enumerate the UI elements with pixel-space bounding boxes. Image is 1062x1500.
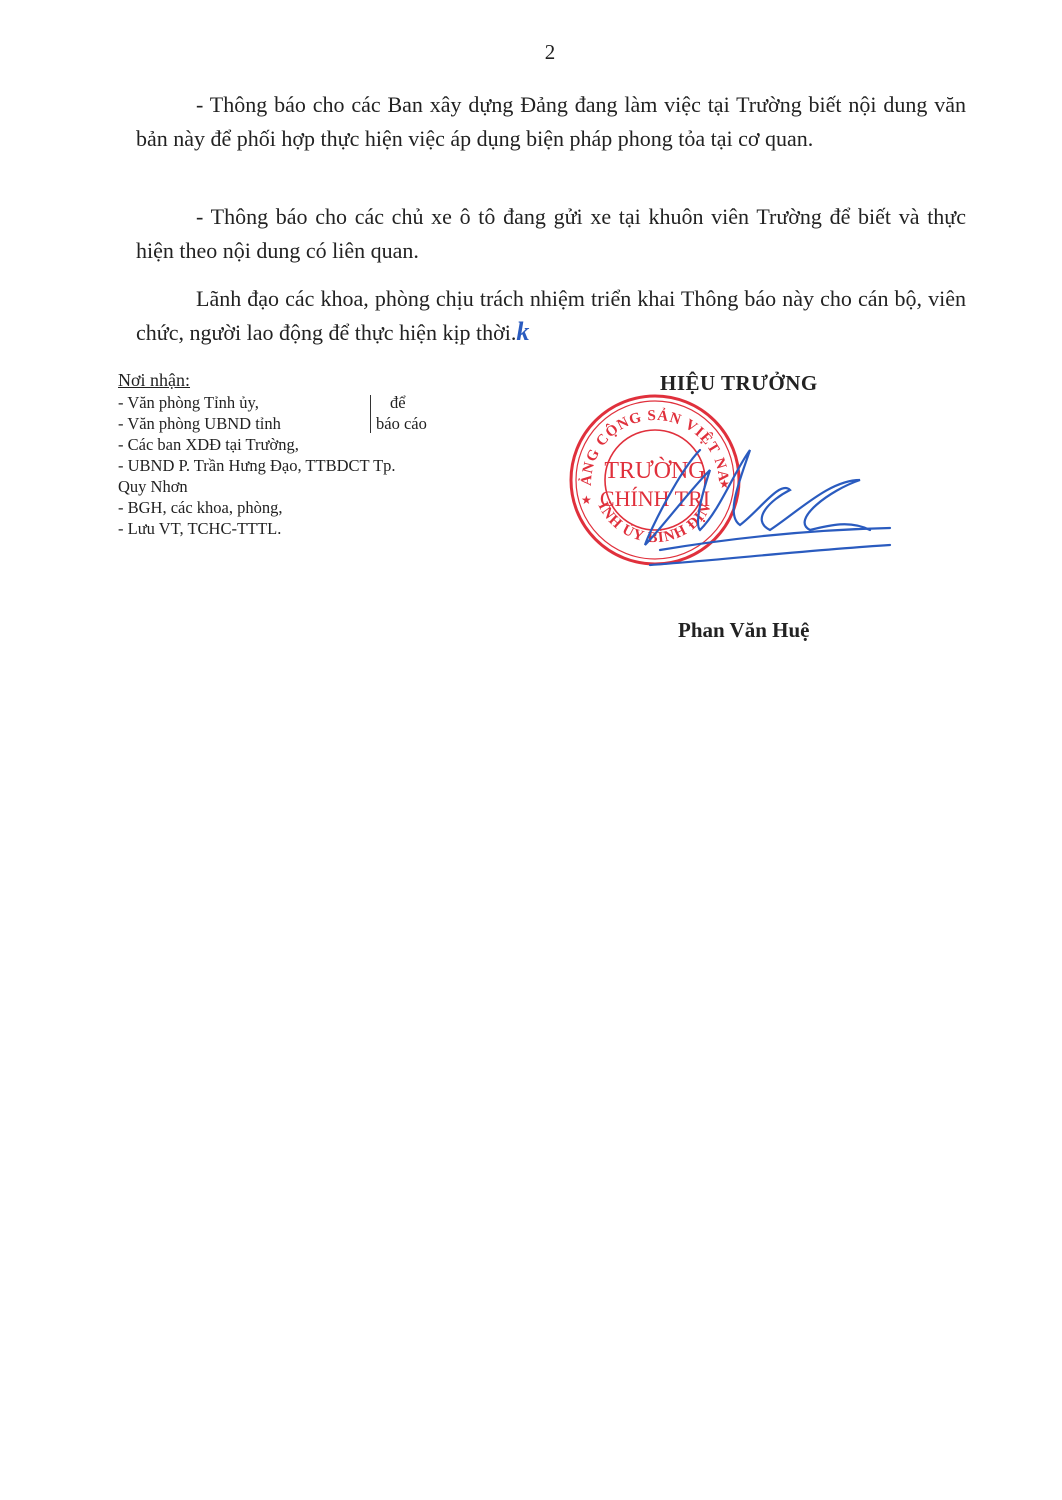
recipient-item: - Lưu VT, TCHC-TTTL. <box>118 518 538 539</box>
bracket-purpose: để báo cáo <box>376 392 427 434</box>
recipient-item: - Văn phòng UBND tỉnh <box>118 413 538 434</box>
paragraph-text: - Thông báo cho các Ban xây dựng Đảng đa… <box>136 92 966 151</box>
bracket-divider <box>370 395 371 433</box>
signer-name: Phan Văn Huệ <box>678 618 810 643</box>
paragraph-car-owners: - Thông báo cho các chủ xe ô tô đang gửi… <box>136 200 966 268</box>
recipient-item: Quy Nhơn <box>118 476 538 497</box>
paragraph-leadership: Lãnh đạo các khoa, phòng chịu trách nhiệ… <box>136 282 966 350</box>
recipient-item: - BGH, các khoa, phòng, <box>118 497 538 518</box>
recipient-item: - Các ban XDĐ tại Trường, <box>118 434 538 455</box>
paragraph-text: Lãnh đạo các khoa, phòng chịu trách nhiệ… <box>136 286 966 345</box>
recipients-bracket-group: - Văn phòng Tỉnh ủy, - Văn phòng UBND tỉ… <box>118 392 538 434</box>
handwritten-signature-icon <box>640 430 900 580</box>
recipients-block: Nơi nhận: - Văn phòng Tỉnh ủy, - Văn phò… <box>118 370 538 539</box>
paragraph-text: - Thông báo cho các chủ xe ô tô đang gửi… <box>136 204 966 263</box>
recipient-item: - UBND P. Trần Hưng Đạo, TTBDCT Tp. <box>118 455 538 476</box>
purpose-line: để <box>376 392 427 413</box>
paragraph-party-committees: - Thông báo cho các Ban xây dựng Đảng đa… <box>136 88 966 156</box>
page-number: 2 <box>0 40 1062 65</box>
recipient-item: - Văn phòng Tỉnh ủy, <box>118 392 538 413</box>
initial-mark-icon: k <box>516 317 529 346</box>
purpose-line: báo cáo <box>376 414 427 433</box>
seal-star-left: ★ <box>581 493 592 507</box>
recipients-title: Nơi nhận: <box>118 370 538 391</box>
